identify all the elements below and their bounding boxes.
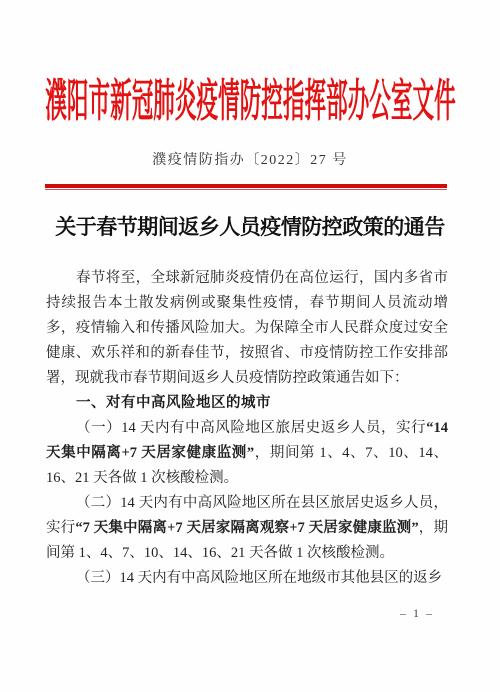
policy-item-2-emphasis: “7 天集中隔离+7 天居家隔离观察+7 天居家健康监测” [75, 520, 418, 536]
policy-item-1-text: （一）14 天内有中高风险地区旅居史返乡人员，实行 [76, 420, 426, 436]
document-title: 关于春节期间返乡人员疫情防控政策的通告 [0, 212, 500, 242]
document-number: 濮疫情防指办〔2022〕27 号 [0, 151, 500, 171]
rule-thin-line [45, 189, 447, 190]
policy-item-1: （一）14 天内有中高风险地区旅居史返乡人员，实行“14 天集中隔离+7 天居家… [46, 416, 448, 491]
section-1-heading: 一、对有中高风险地区的城市 [46, 391, 448, 416]
document-body: 春节将至，全球新冠肺炎疫情仍在高位运行，国内多省市持续报告本土散发病例或聚集性疫… [46, 266, 448, 591]
intro-paragraph: 春节将至，全球新冠肺炎疫情仍在高位运行，国内多省市持续报告本土散发病例或聚集性疫… [46, 266, 448, 391]
page-number: – 1 – [400, 605, 434, 621]
letterhead-banner: 濮阳市新冠肺炎疫情防控指挥部办公室文件 [0, 77, 500, 125]
policy-item-3: （三）14 天内有中高风险地区所在地级市其他县区的返乡 [46, 566, 448, 591]
letterhead-title: 濮阳市新冠肺炎疫情防控指挥部办公室文件 [45, 77, 455, 125]
document-page: 濮阳市新冠肺炎疫情防控指挥部办公室文件 濮疫情防指办〔2022〕27 号 关于春… [0, 0, 500, 692]
red-divider-rule [45, 184, 447, 190]
policy-item-2: （二）14 天内有中高风险地区所在县区旅居史返乡人员，实行“7 天集中隔离+7 … [46, 491, 448, 566]
